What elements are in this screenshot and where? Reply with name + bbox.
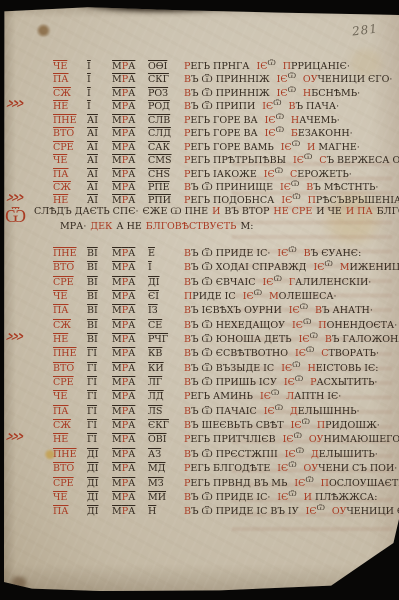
reference-mark-sup: Ѿ bbox=[288, 246, 296, 254]
lection-row: ПААІМРАСНЅРЕГЬ ІАКОЖЕІЄѾСЕРОЖЕТЬ· bbox=[53, 165, 399, 178]
rubric-segment: ВЪ ВТОР bbox=[224, 206, 269, 217]
rubric-segment: А НЕ bbox=[116, 221, 141, 232]
reference-mark-sup: Ѿ bbox=[306, 346, 314, 354]
rubric-segment: ДЕК bbox=[90, 221, 112, 232]
reference-mark-sup: Ѿ bbox=[325, 260, 333, 268]
manuscript-page: 281 ЧЕІМРАОѲІРЕГЬ ПРНГАІЄѾПРРИЦАНІЄ·ПАІМ… bbox=[0, 0, 399, 600]
ending: ОУЧЕНИЦИ ЄГО; bbox=[332, 506, 399, 517]
reference-mark-sup: Ѿ bbox=[302, 418, 310, 426]
week-number: ДІ bbox=[87, 505, 112, 519]
rubric-initial: Ѿ bbox=[5, 208, 26, 226]
lection-row: СРЕГІМРАЛГВЪ Ѿ ПРИШЬ ІСУІЄѾРАСХЫТИТЬ· bbox=[53, 372, 399, 386]
reference-mark-sup: Ѿ bbox=[288, 461, 296, 469]
reference-mark-sup: Ѿ bbox=[254, 289, 262, 297]
lection-row: СРЕДІМРАМЗРЕГЬ ПРВНД ВЪ МЬІЄѾПОСЛОУШАЄТЬ… bbox=[53, 473, 399, 487]
ink-stain bbox=[36, 24, 51, 37]
lection-table-lower: ПНЕВІМРАЕВЪ Ѿ ПРИДЕ ІС·ІЄѾВЪ ЄУАНЄ:ВТОВІ… bbox=[53, 243, 399, 516]
rubric-segment: МРА· bbox=[60, 221, 86, 232]
reference-mark-sup: Ѿ bbox=[268, 59, 276, 67]
lection-row: ВТОГІМРАКИВЪ Ѿ ВЪЗЫДЕ ІСІЄѾНЕІСТОВЬ ІЄ: bbox=[53, 358, 399, 372]
lection-table-upper: ЧЕІМРАОѲІРЕГЬ ПРНГАІЄѾПРРИЦАНІЄ·ПАІМРАСК… bbox=[53, 57, 399, 205]
reference-mark-sup: Ѿ bbox=[291, 180, 299, 188]
lection-row: >>>НЕВІМРАРЧГВЪ Ѿ ЮНОША ДЕТЬІЄѾВЪ ГАЛОЖО… bbox=[53, 329, 399, 343]
ending-initial: ОУ bbox=[332, 506, 347, 517]
rubric-segment: ЄЖЕ Ѡ ПНЕ bbox=[143, 206, 209, 217]
rubric-note: СЛѢДЪ ДАЄТЬ СПЄ·ЄЖЕ Ѡ ПНЕИВЪ ВТОРНЕ СРЕИ… bbox=[34, 205, 396, 234]
reference-mark-sup: Ѿ bbox=[317, 504, 325, 512]
rubric-segment: СЛѢДЪ ДАЄТЬ СПЄ· bbox=[34, 206, 139, 217]
reference-mark-sup: Ѿ bbox=[271, 389, 279, 397]
reference-mark-text: ІЄ bbox=[306, 506, 317, 517]
lection-row: СЖАІМРАРПЕВЪ Ѿ ПРИНИЩЕІЄѾВЪ МѢСТНТЬ· bbox=[53, 178, 399, 191]
lection-row: ЧЕГІМРАЛДРЕГЬ АМИНЬІЄѾЛАПТН ІЄ· bbox=[53, 386, 399, 400]
reference-mark-sup: Ѿ bbox=[276, 126, 284, 134]
margin-marker: >>> bbox=[2, 425, 27, 448]
lection-row: ПНЕГІМРАКВВЪ Ѿ ЄСВѢТВОТНОІЄѾСТВОРАТЬ· bbox=[53, 343, 399, 357]
rubric-segment: М: bbox=[240, 221, 253, 232]
lection-row: ЧЕАІМРАСМЅРЕГЬ ПРѢТРЬПѢВЫІЄѾСЪ ВЕРЖЕСА О… bbox=[53, 151, 399, 164]
reference-mark-sup: Ѿ bbox=[304, 153, 312, 161]
rubric-segment: И ПА bbox=[346, 206, 373, 217]
reference-mark-sup: Ѿ bbox=[292, 140, 300, 148]
reference-mark-sup: Ѿ bbox=[288, 86, 296, 94]
lection-row: ПАВІМРАІЗВЪ ІЄВѢХЪ ОУРНИІЄѾВЪ АНАТН· bbox=[53, 300, 399, 314]
rubric-segment: БЛГОВѢСТВУЄТЬ bbox=[377, 206, 399, 217]
lection-row: ЧЕВІМРАЄІПРИДЕ ІСІЄѾМОЛЕШЕСА· bbox=[53, 286, 399, 300]
margin-marker: >>> bbox=[2, 325, 27, 348]
lection-row: ЧЕДІМРАМИВЪ Ѿ ПРИДЕ ІС·ІЄѾИ ПЛѢЖЖСА: bbox=[53, 487, 399, 501]
rubric-segment: БЛГОВѢСТВУЄТЬ bbox=[146, 221, 237, 232]
lection-row: ПНЕВІМРАЕВЪ Ѿ ПРИДЕ ІС·ІЄѾВЪ ЄУАНЄ: bbox=[53, 243, 399, 257]
lection-row: ПАДІМРАНВЪ Ѿ ПРИДЕ ІС ВЪ ІУІЄѾОУЧЕНИЦИ Є… bbox=[53, 501, 399, 515]
rubric-segment: И bbox=[212, 206, 220, 217]
lection-row: СЖІМРАРОЗВЪ Ѿ ПРИННІЖІЄѾНБСНѢМЬ· bbox=[53, 84, 399, 97]
rubric-line-2: МРА·ДЕКА НЕБЛГОВѢСТВУЄТЬМ: bbox=[60, 220, 396, 235]
reference-mark-sup: Ѿ bbox=[310, 332, 318, 340]
reference-mark-sup: Ѿ bbox=[292, 361, 300, 369]
reference-mark-sup: Ѿ bbox=[305, 476, 313, 484]
lection-row: ПНЕАІМРАСЛВРЕГЬ ГОРЕ ВАІЄѾНАЧЕМЬ· bbox=[53, 111, 399, 124]
reference-mark: ІЄѾ bbox=[306, 506, 325, 517]
edge-smudge bbox=[76, 0, 248, 13]
reference-mark-sup: Ѿ bbox=[295, 375, 303, 383]
lection-row: СЖГІМРАЄКГВЪ ШЕЄВЬТЬ СВѢТІЄѾПРИДОШЖ· bbox=[53, 415, 399, 429]
reference-mark-sup: Ѿ bbox=[294, 432, 302, 440]
reference-mark-sup: Ѿ bbox=[303, 318, 311, 326]
lection-row: СРЕАІМРАСАКРЕГЬ ГОРЕ ВАМЬІЄѾИ МАГНЕ· bbox=[53, 138, 399, 151]
reference-mark-sup: Ѿ bbox=[273, 99, 281, 107]
folio-number: 281 bbox=[351, 21, 378, 38]
lection-row: СРЕВІМРАДІВЪ Ѿ ЄВЧАІСІЄѾГАЛИЛЕНСКІИ· bbox=[53, 272, 399, 286]
rubric-segment: И ЧЕ bbox=[316, 206, 342, 217]
ending-text: ЧЕНИЦИ ЄГО; bbox=[346, 506, 399, 517]
lection-row: >>>НЕІМРАРОДВЪ Ѿ ПРИПИІЄѾВЪ ПАЧА· bbox=[53, 97, 399, 110]
lection-row: ЧЕІМРАОѲІРЕГЬ ПРНГАІЄѾПРРИЦАНІЄ· bbox=[53, 57, 399, 70]
lection-row: ПАІМРАСКГВЪ Ѿ ПРИННІЖІЄѾОУЧЕНИЦИ ЄГО· bbox=[53, 70, 399, 83]
lection-row: ПНЕДІМРААЗВЪ Ѿ ПРЄСТЖПІІІЄѾДЕЛЫШИТЬ· bbox=[53, 444, 399, 458]
rubric-line-1: СЛѢДЪ ДАЄТЬ СПЄ·ЄЖЕ Ѡ ПНЕИВЪ ВТОРНЕ СРЕИ… bbox=[34, 205, 396, 220]
incipit-initial: В bbox=[184, 506, 191, 517]
reference-mark-sup: Ѿ bbox=[296, 447, 304, 455]
lection-row: ВТОАІМРАСЛДРЕГЬ ГОРЕ ВАІЄѾБЕЗАКОНН· bbox=[53, 124, 399, 137]
reference-mark-sup: Ѿ bbox=[292, 193, 300, 201]
reference-mark-sup: Ѿ bbox=[274, 275, 282, 283]
rubric-segment: НЕ СРЕ bbox=[273, 206, 312, 217]
lection-row: >>>НЕГІМРАОВІРЕГЬ ПРИТЧЛІЄВІЄѾОУНИМАЮШЕГ… bbox=[53, 429, 399, 443]
reference-mark-sup: Ѿ bbox=[275, 404, 283, 412]
incipit: ВЪ Ѿ ПРИДЕ ІС ВЪ ІУ bbox=[184, 506, 299, 517]
lection-row: >>>НЕАІМРАРПИРЕГЬ ПОДОБНСАІЄѾПРѢСЪВРЬШЕН… bbox=[53, 191, 399, 204]
book-letter: А bbox=[128, 506, 135, 517]
reference-mark-sup: Ѿ bbox=[275, 167, 283, 175]
lection-row: СЖВІМРАСЕВЪ Ѿ НЕХЕДАЩОУІЄѾПОНЕНДОЄТА· bbox=[53, 315, 399, 329]
book-letter: М bbox=[112, 506, 122, 517]
reference-mark-sup: Ѿ bbox=[288, 72, 296, 80]
pericope-number: Н bbox=[148, 505, 184, 519]
lection-row: ВТОДІМРАМДРЕГЬ БЛГОДѢТЕІЄѾОУЧЕНИ СЪ ПОИ· bbox=[53, 458, 399, 472]
incipit-text: Ъ Ѿ ПРИДЕ ІС ВЪ ІУ bbox=[191, 506, 299, 517]
lection-row: ВТОВІМРАІВЪ Ѿ ХОДАІ СПРАВЖДІЄѾМИЖЕНИЦИ· bbox=[53, 257, 399, 271]
book-abbr: МРА bbox=[112, 505, 148, 519]
reference-mark-sup: Ѿ bbox=[300, 303, 308, 311]
lection-row: ПАГІМРАЛЅВЪ Ѿ ПАЧАІСІЄѾДЕЛЬІШННЬ· bbox=[53, 401, 399, 415]
parchment-stain bbox=[8, 576, 30, 590]
reference-mark-sup: Ѿ bbox=[288, 490, 296, 498]
reference-mark-sup: Ѿ bbox=[276, 113, 284, 121]
day-abbr: ПА bbox=[53, 505, 87, 519]
margin-marker: >>> bbox=[3, 93, 27, 115]
manuscript-photo: 281 ЧЕІМРАОѲІРЕГЬ ПРНГАІЄѾПРРИЦАНІЄ·ПАІМ… bbox=[0, 0, 399, 600]
